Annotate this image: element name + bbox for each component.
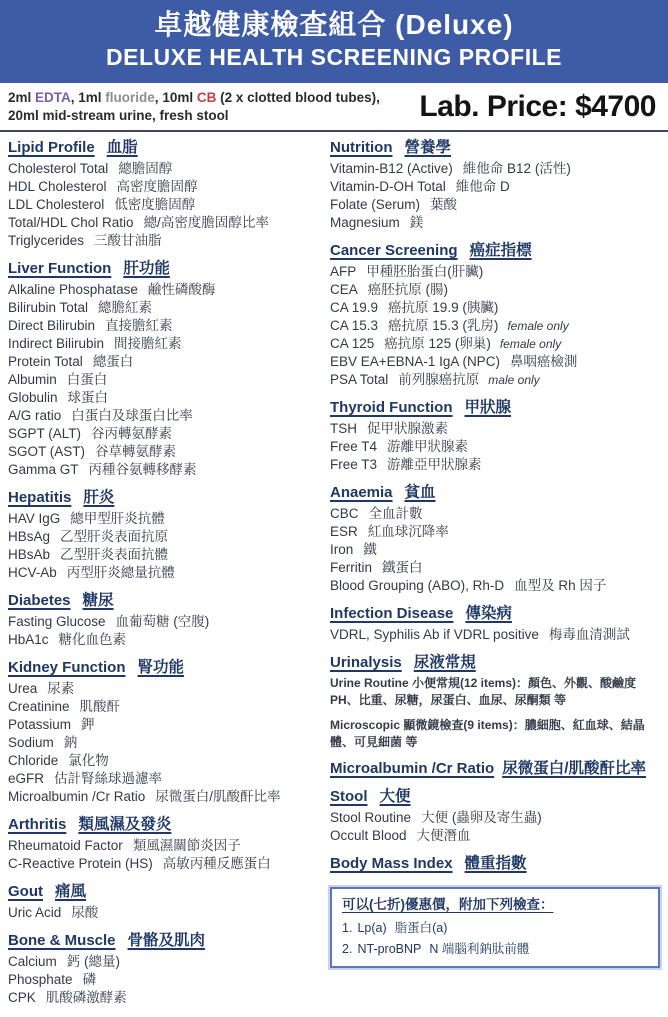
test-item-en: Free T3 — [330, 457, 377, 472]
test-item-en: CA 125 — [330, 336, 374, 351]
test-item: Free T3游離亞甲狀腺素 — [330, 456, 662, 474]
test-item-en: SGOT (AST) — [8, 444, 85, 459]
section-header-text: Diabetes糖尿 — [8, 592, 114, 609]
section-title-zh: 癌症指標 — [470, 242, 532, 259]
test-item: AFP甲種胚胎蛋白(肝臟) — [330, 263, 662, 281]
test-item-zh: 氯化物 — [68, 753, 109, 768]
test-item-en: Protein Total — [8, 354, 83, 369]
test-item-zh: 肌酸磷激酵素 — [46, 990, 127, 1005]
test-item-zh: 大便 (蟲卵及寄生蟲) — [421, 810, 542, 825]
section-title-zh: 體重指數 — [465, 855, 527, 872]
test-item-en: HBsAb — [8, 547, 50, 562]
test-item-en: Total/HDL Chol Ratio — [8, 215, 134, 230]
test-item-zh: 鈣 (總量) — [67, 954, 120, 969]
test-item-en: Gamma GT — [8, 462, 79, 477]
test-item-en: Direct Bilirubin — [8, 318, 95, 333]
lab-price: Lab. Price: $4700 — [419, 90, 658, 124]
detail-item: Urine Routine 小便常規(12 items)：顏色、外觀、酸鹼度 P… — [330, 675, 662, 708]
test-item-zh: 肌酸酐 — [80, 699, 121, 714]
promo-item-zh: 脂蛋白(a) — [395, 921, 448, 935]
section-microalbumin-cr-ratio: Microalbumin /Cr Ratio尿微蛋白/肌酸酐比率 — [330, 760, 662, 778]
test-item-en: Rheumatoid Factor — [8, 838, 123, 853]
section-title-zh: 腎功能 — [138, 659, 185, 676]
section-title-en: Gout — [8, 883, 43, 900]
section-title-en: Diabetes — [8, 592, 71, 609]
promo-title: 可以(七折)優惠價，附加下列檢查： — [342, 896, 648, 914]
promo-item: 1.Lp(a)脂蛋白(a) — [342, 920, 648, 936]
test-item-zh: 總/高密度膽固醇比率 — [144, 215, 269, 230]
test-item-en: Free T4 — [330, 439, 377, 454]
test-item-zh: 維他命 D — [456, 179, 510, 194]
section-header: Body Mass Index體重指數 — [330, 855, 662, 873]
section-title-en: Infection Disease — [330, 605, 453, 622]
section-title-en: Microalbumin /Cr Ratio — [330, 760, 494, 777]
test-item: SGOT (AST)谷草轉氨酵素 — [8, 443, 318, 461]
test-item-zh: 甲種胚胎蛋白(肝臟) — [366, 264, 483, 279]
test-item-en: EBV EA+EBNA-1 IgA (NPC) — [330, 354, 500, 369]
test-item-en: Stool Routine — [330, 810, 411, 825]
test-item-en: A/G ratio — [8, 408, 61, 423]
test-item: Urea尿素 — [8, 680, 318, 698]
test-item-zh: 鐵 — [363, 542, 377, 557]
test-item-en: Microalbumin /Cr Ratio — [8, 789, 145, 804]
test-item: Globulin球蛋白 — [8, 389, 318, 407]
section-header-text: Arthritis類風濕及發炎 — [8, 816, 171, 833]
test-item-zh: 類風濕關節炎因子 — [133, 838, 241, 853]
section-header-text: Body Mass Index體重指數 — [330, 855, 527, 872]
test-item-zh: 糖化血色素 — [59, 632, 127, 647]
section-header-text: Gout痛風 — [8, 883, 86, 900]
section-title-en: Stool — [330, 788, 368, 805]
test-item-zh: 鎂 — [410, 215, 424, 230]
test-item: Blood Grouping (ABO), Rh-D血型及 Rh 因子 — [330, 577, 662, 595]
section-header: Liver Function肝功能 — [8, 260, 318, 278]
specimen-requirements: 2ml EDTA, 1ml fluoride, 10ml CB (2 x clo… — [8, 89, 380, 125]
test-item-en: CBC — [330, 506, 359, 521]
test-item-en: PSA Total — [330, 372, 388, 387]
section-header-text: Bone & Muscle骨骼及肌肉 — [8, 932, 205, 949]
test-item: Occult Blood大便潛血 — [330, 827, 662, 845]
test-item-en: Magnesium — [330, 215, 400, 230]
section-title-zh: 貧血 — [405, 484, 436, 501]
section-header: Kidney Function腎功能 — [8, 659, 318, 677]
test-item-zh: 乙型肝炎表面抗原 — [60, 529, 168, 544]
section-body-mass-index: Body Mass Index體重指數 — [330, 855, 662, 873]
section-header-text: Cancer Screening癌症指標 — [330, 242, 532, 259]
test-item-en: Creatinine — [8, 699, 70, 714]
specimen-segment: 1ml — [78, 90, 105, 105]
test-item: PSA Total前列腺癌抗原male only — [330, 371, 662, 389]
test-item: Cholesterol Total總膽固醇 — [8, 160, 318, 178]
test-item-en: TSH — [330, 421, 357, 436]
test-item-en: CA 15.3 — [330, 318, 378, 333]
test-item-zh: 谷丙轉氨酵素 — [91, 426, 172, 441]
section-header-text: Lipid Profile血脂 — [8, 139, 138, 156]
section-header: Cancer Screening癌症指標 — [330, 242, 662, 260]
test-item-en: ESR — [330, 524, 358, 539]
test-item-en: Albumin — [8, 372, 57, 387]
test-item: Vitamin-B12 (Active)維他命 B12 (活性) — [330, 160, 662, 178]
section-stool: Stool大便Stool Routine大便 (蟲卵及寄生蟲)Occult Bl… — [330, 788, 662, 845]
test-item-zh: 鐵蛋白 — [382, 560, 423, 575]
test-item-zh: 估計腎絲球過濾率 — [54, 771, 162, 786]
test-item: TSH促甲狀腺激素 — [330, 420, 662, 438]
specimen-line-1: 2ml EDTA, 1ml fluoride, 10ml CB (2 x clo… — [8, 89, 380, 107]
test-item-zh: 維他命 B12 (活性) — [463, 161, 571, 176]
test-item-en: Triglycerides — [8, 233, 84, 248]
test-item: EBV EA+EBNA-1 IgA (NPC)鼻咽癌檢測 — [330, 353, 662, 371]
section-header: Arthritis類風濕及發炎 — [8, 816, 318, 834]
test-item-en: Bilirubin Total — [8, 300, 88, 315]
test-item-zh: 谷草轉氨酵素 — [95, 444, 176, 459]
specimen-price-row: 2ml EDTA, 1ml fluoride, 10ml CB (2 x clo… — [0, 83, 668, 132]
section-title-en: Liver Function — [8, 260, 111, 277]
test-item-zh: 尿酸 — [71, 905, 98, 920]
section-title-en: Bone & Muscle — [8, 932, 116, 949]
section-title-en: Urinalysis — [330, 654, 402, 671]
test-item: VDRL, Syphilis Ab if VDRL positive梅毒血清測試 — [330, 626, 662, 644]
promo-item-number: 1. — [342, 921, 352, 935]
column-left: Lipid Profile血脂Cholesterol Total總膽固醇HDL … — [8, 137, 318, 1007]
test-item-zh: 高敏丙種反應蛋白 — [163, 856, 271, 871]
test-item: Total/HDL Chol Ratio總/高密度膽固醇比率 — [8, 214, 318, 232]
section-title-zh: 尿微蛋白/肌酸酐比率 — [502, 760, 646, 777]
test-item: Microalbumin /Cr Ratio尿微蛋白/肌酸酐比率 — [8, 788, 318, 806]
test-item: HAV IgG總甲型肝炎抗體 — [8, 510, 318, 528]
section-header: Nutrition營養學 — [330, 139, 662, 157]
test-item-zh: 紅血球沉降率 — [368, 524, 449, 539]
section-header-text: Infection Disease傳染病 — [330, 605, 512, 622]
section-title-en: Cancer Screening — [330, 242, 458, 259]
section-header: Hepatitis肝炎 — [8, 489, 318, 507]
test-item-zh: 高密度膽固醇 — [117, 179, 198, 194]
specimen-segment: fluoride — [105, 90, 155, 105]
test-item: LDL Cholesterol低密度膽固醇 — [8, 196, 318, 214]
section-gout: Gout痛風Uric Acid尿酸 — [8, 883, 318, 922]
specimen-line-2: 20ml mid-stream urine, fresh stool — [8, 107, 380, 125]
test-item-en: Occult Blood — [330, 828, 407, 843]
detail-item: Microscopic 顯微鏡檢查(9 items)：膿細胞、紅血球、結晶體、可… — [330, 717, 662, 750]
section-header: Infection Disease傳染病 — [330, 605, 662, 623]
test-item: A/G ratio白蛋白及球蛋白比率 — [8, 407, 318, 425]
test-item: Direct Bilirubin直接膽紅素 — [8, 317, 318, 335]
section-title-zh: 類風濕及發炎 — [78, 816, 171, 833]
specimen-segment: 10ml — [162, 90, 197, 105]
section-header: Lipid Profile血脂 — [8, 139, 318, 157]
test-item: Folate (Serum)葉酸 — [330, 196, 662, 214]
test-item-en: SGPT (ALT) — [8, 426, 81, 441]
test-item-en: Potassium — [8, 717, 71, 732]
specimen-segment: (2 x clotted blood tubes), — [216, 90, 380, 105]
test-item: HbA1c糖化血色素 — [8, 631, 318, 649]
test-item-zh: 癌抗原 15.3 (乳房) — [388, 318, 498, 333]
test-item-zh: 癌抗原 125 (卵巢) — [384, 336, 491, 351]
specimen-segment: CB — [197, 90, 217, 105]
test-item: HBsAb乙型肝炎表面抗體 — [8, 546, 318, 564]
section-header-text: Hepatitis肝炎 — [8, 489, 114, 506]
promo-item-en: Lp(a) — [357, 921, 386, 935]
test-item: Albumin白蛋白 — [8, 371, 318, 389]
gender-note: male only — [488, 373, 539, 387]
test-item-zh: 低密度膽固醇 — [114, 197, 195, 212]
section-anaemia: Anaemia貧血CBC全血計數ESR紅血球沉降率Iron鐵Ferritin鐵蛋… — [330, 484, 662, 595]
test-item-zh: 游離亞甲狀腺素 — [387, 457, 482, 472]
section-thyroid-function: Thyroid Function甲狀腺TSH促甲狀腺激素Free T4游離甲狀腺… — [330, 399, 662, 474]
test-item-zh: 總膽紅素 — [98, 300, 152, 315]
section-header: Thyroid Function甲狀腺 — [330, 399, 662, 417]
section-header: Bone & Muscle骨骼及肌肉 — [8, 932, 318, 950]
test-item-zh: 三酸甘油脂 — [94, 233, 162, 248]
test-item-zh: 尿微蛋白/肌酸酐比率 — [155, 789, 280, 804]
test-item: Fasting Glucose血葡萄糖 (空腹) — [8, 613, 318, 631]
test-item: Phosphate磷 — [8, 971, 318, 989]
test-item-en: Ferritin — [330, 560, 372, 575]
test-item-en: Uric Acid — [8, 905, 61, 920]
section-nutrition: Nutrition營養學Vitamin-B12 (Active)維他命 B12 … — [330, 139, 662, 232]
section-header-text: Microalbumin /Cr Ratio尿微蛋白/肌酸酐比率 — [330, 760, 646, 777]
specimen-segment: EDTA — [35, 90, 71, 105]
test-item-zh: 球蛋白 — [68, 390, 109, 405]
section-title-zh: 肝功能 — [123, 260, 170, 277]
section-header-text: Urinalysis尿液常規 — [330, 654, 476, 671]
test-item: HCV-Ab丙型肝炎總量抗體 — [8, 564, 318, 582]
section-title-en: Arthritis — [8, 816, 66, 833]
section-title-zh: 肝炎 — [83, 489, 114, 506]
section-title-en: Thyroid Function — [330, 399, 452, 416]
test-item-en: C-Reactive Protein (HS) — [8, 856, 153, 871]
test-item-zh: 癌胚抗原 (腸) — [368, 282, 448, 297]
test-item-en: Indirect Bilirubin — [8, 336, 104, 351]
test-item-zh: 全血計數 — [369, 506, 423, 521]
test-item: CA 15.3癌抗原 15.3 (乳房)female only — [330, 317, 662, 335]
test-item: Creatinine肌酸酐 — [8, 698, 318, 716]
section-diabetes: Diabetes糖尿Fasting Glucose血葡萄糖 (空腹)HbA1c糖… — [8, 592, 318, 649]
test-item: CBC全血計數 — [330, 505, 662, 523]
test-item-zh: 促甲狀腺激素 — [367, 421, 448, 436]
test-item-zh: 鉀 — [81, 717, 95, 732]
test-item-zh: 磷 — [83, 972, 97, 987]
section-title-en: Anaemia — [330, 484, 393, 501]
test-item: Protein Total總蛋白 — [8, 353, 318, 371]
section-header: Urinalysis尿液常規 — [330, 654, 662, 672]
section-lipid-profile: Lipid Profile血脂Cholesterol Total總膽固醇HDL … — [8, 139, 318, 250]
section-header-text: Anaemia貧血 — [330, 484, 436, 501]
test-item-zh: 白蛋白及球蛋白比率 — [71, 408, 193, 423]
test-item-en: Calcium — [8, 954, 57, 969]
section-cancer-screening: Cancer Screening癌症指標AFP甲種胚胎蛋白(肝臟)CEA癌胚抗原… — [330, 242, 662, 389]
test-item: CA 19.9癌抗原 19.9 (胰臟) — [330, 299, 662, 317]
test-item-zh: 間接膽紅素 — [114, 336, 182, 351]
section-header-text: Nutrition營養學 — [330, 139, 451, 156]
test-item: Alkaline Phosphatase鹼性磷酸酶 — [8, 281, 318, 299]
test-item-zh: 鹼性磷酸酶 — [148, 282, 216, 297]
gender-note: female only — [500, 337, 561, 351]
section-urinalysis: Urinalysis尿液常規Urine Routine 小便常規(12 item… — [330, 654, 662, 750]
section-header: Microalbumin /Cr Ratio尿微蛋白/肌酸酐比率 — [330, 760, 662, 778]
section-header-text: Kidney Function腎功能 — [8, 659, 184, 676]
section-title-zh: 糖尿 — [83, 592, 114, 609]
test-item-zh: 白蛋白 — [67, 372, 108, 387]
page: { "header": { "title_zh": "卓越健康檢查組合 (Del… — [0, 0, 668, 1017]
test-item-zh: 鈉 — [64, 735, 78, 750]
test-item: Gamma GT丙種谷氨轉移酵素 — [8, 461, 318, 479]
test-item: Ferritin鐵蛋白 — [330, 559, 662, 577]
test-item-zh: 丙型肝炎總量抗體 — [67, 565, 175, 580]
test-item-en: Blood Grouping (ABO), Rh-D — [330, 578, 504, 593]
promo-box: 可以(七折)優惠價，附加下列檢查：1.Lp(a)脂蛋白(a)2.NT-proBN… — [330, 887, 660, 968]
test-item: CEA癌胚抗原 (腸) — [330, 281, 662, 299]
test-item-zh: 游離甲狀腺素 — [387, 439, 468, 454]
section-title-zh: 大便 — [380, 788, 411, 805]
test-item-en: Folate (Serum) — [330, 197, 420, 212]
section-title-en: Nutrition — [330, 139, 392, 156]
test-item-en: Vitamin-B12 (Active) — [330, 161, 453, 176]
test-item: Sodium鈉 — [8, 734, 318, 752]
section-title-zh: 傳染病 — [465, 605, 512, 622]
test-item-zh: 總蛋白 — [93, 354, 134, 369]
test-item-en: HAV IgG — [8, 511, 60, 526]
test-item-en: eGFR — [8, 771, 44, 786]
test-item-zh: 血型及 Rh 因子 — [514, 578, 606, 593]
section-arthritis: Arthritis類風濕及發炎Rheumatoid Factor類風濕關節炎因子… — [8, 816, 318, 873]
test-item-zh: 鼻咽癌檢測 — [510, 354, 578, 369]
section-title-zh: 血脂 — [107, 139, 138, 156]
section-bone-muscle: Bone & Muscle骨骼及肌肉Calcium鈣 (總量)Phosphate… — [8, 932, 318, 1007]
test-item-en: HDL Cholesterol — [8, 179, 107, 194]
title-english: DELUXE HEALTH SCREENING PROFILE — [0, 44, 668, 71]
test-item-zh: 乙型肝炎表面抗體 — [60, 547, 168, 562]
test-item-en: Globulin — [8, 390, 58, 405]
test-item-en: HCV-Ab — [8, 565, 57, 580]
test-item-en: Fasting Glucose — [8, 614, 106, 629]
header-band: 卓越健康檢查組合 (Deluxe) DELUXE HEALTH SCREENIN… — [0, 0, 668, 83]
section-title-en: Lipid Profile — [8, 139, 95, 156]
test-item-zh: 尿素 — [47, 681, 74, 696]
test-item: HBsAg乙型肝炎表面抗原 — [8, 528, 318, 546]
test-item: Bilirubin Total總膽紅素 — [8, 299, 318, 317]
section-infection-disease: Infection Disease傳染病VDRL, Syphilis Ab if… — [330, 605, 662, 644]
test-item: Free T4游離甲狀腺素 — [330, 438, 662, 456]
test-item-en: Iron — [330, 542, 353, 557]
test-columns: Lipid Profile血脂Cholesterol Total總膽固醇HDL … — [0, 132, 668, 1007]
specimen-segment: 2ml — [8, 90, 35, 105]
test-item-en: CPK — [8, 990, 36, 1005]
section-title-en: Hepatitis — [8, 489, 71, 506]
test-item-zh: 大便潛血 — [417, 828, 471, 843]
test-item: SGPT (ALT)谷丙轉氨酵素 — [8, 425, 318, 443]
section-header: Gout痛風 — [8, 883, 318, 901]
test-item-zh: 總甲型肝炎抗體 — [70, 511, 165, 526]
test-item: ESR紅血球沉降率 — [330, 523, 662, 541]
promo-item: 2.NT-proBNPN 端腦利鈉肽前體 — [342, 941, 648, 957]
gender-note: female only — [507, 319, 568, 333]
section-header-text: Liver Function肝功能 — [8, 260, 170, 277]
promo-item-number: 2. — [342, 942, 352, 956]
test-item: Iron鐵 — [330, 541, 662, 559]
test-item-en: HbA1c — [8, 632, 49, 647]
column-right: Nutrition營養學Vitamin-B12 (Active)維他命 B12 … — [330, 137, 662, 1007]
test-item: Uric Acid尿酸 — [8, 904, 318, 922]
test-item-zh: 梅毒血清測試 — [549, 627, 630, 642]
test-item-en: Phosphate — [8, 972, 73, 987]
test-item: Potassium鉀 — [8, 716, 318, 734]
test-item: CA 125癌抗原 125 (卵巢)female only — [330, 335, 662, 353]
test-item-en: VDRL, Syphilis Ab if VDRL positive — [330, 627, 539, 642]
test-item-zh: 癌抗原 19.9 (胰臟) — [388, 300, 498, 315]
test-item: Chloride氯化物 — [8, 752, 318, 770]
section-title-zh: 骨骼及肌肉 — [128, 932, 206, 949]
test-item-en: Vitamin-D-OH Total — [330, 179, 446, 194]
section-title-zh: 痛風 — [55, 883, 86, 900]
section-header: Anaemia貧血 — [330, 484, 662, 502]
test-item-zh: 總膽固醇 — [118, 161, 172, 176]
section-title-zh: 甲狀腺 — [464, 399, 511, 416]
test-item-en: Sodium — [8, 735, 54, 750]
section-kidney-function: Kidney Function腎功能Urea尿素Creatinine肌酸酐Pot… — [8, 659, 318, 806]
test-item-en: Cholesterol Total — [8, 161, 108, 176]
test-item: HDL Cholesterol高密度膽固醇 — [8, 178, 318, 196]
section-title-en: Kidney Function — [8, 659, 126, 676]
section-header: Stool大便 — [330, 788, 662, 806]
section-liver-function: Liver Function肝功能Alkaline Phosphatase鹼性磷… — [8, 260, 318, 479]
test-item: eGFR估計腎絲球過濾率 — [8, 770, 318, 788]
test-item-en: Alkaline Phosphatase — [8, 282, 138, 297]
test-item-en: CA 19.9 — [330, 300, 378, 315]
section-header-text: Thyroid Function甲狀腺 — [330, 399, 511, 416]
section-title-zh: 尿液常規 — [414, 654, 476, 671]
section-hepatitis: Hepatitis肝炎HAV IgG總甲型肝炎抗體HBsAg乙型肝炎表面抗原HB… — [8, 489, 318, 582]
section-header-text: Stool大便 — [330, 788, 411, 805]
test-item: Magnesium鎂 — [330, 214, 662, 232]
test-item: CPK肌酸磷激酵素 — [8, 989, 318, 1007]
test-item: Rheumatoid Factor類風濕關節炎因子 — [8, 837, 318, 855]
test-item: Triglycerides三酸甘油脂 — [8, 232, 318, 250]
test-item-en: LDL Cholesterol — [8, 197, 104, 212]
section-title-en: Body Mass Index — [330, 855, 453, 872]
promo-item-en: NT-proBNP — [357, 942, 421, 956]
test-item-zh: 直接膽紅素 — [105, 318, 173, 333]
test-item-en: Urea — [8, 681, 37, 696]
test-item: Vitamin-D-OH Total維他命 D — [330, 178, 662, 196]
test-item: C-Reactive Protein (HS)高敏丙種反應蛋白 — [8, 855, 318, 873]
test-item-zh: 前列腺癌抗原 — [398, 372, 479, 387]
test-item: Calcium鈣 (總量) — [8, 953, 318, 971]
test-item-en: HBsAg — [8, 529, 50, 544]
test-item-en: CEA — [330, 282, 358, 297]
test-item: Indirect Bilirubin間接膽紅素 — [8, 335, 318, 353]
test-item-zh: 血葡萄糖 (空腹) — [116, 614, 210, 629]
section-header: Diabetes糖尿 — [8, 592, 318, 610]
title-chinese: 卓越健康檢查組合 (Deluxe) — [0, 9, 668, 41]
test-item-zh: 丙種谷氨轉移酵素 — [89, 462, 197, 477]
test-item: Stool Routine大便 (蟲卵及寄生蟲) — [330, 809, 662, 827]
test-item-en: Chloride — [8, 753, 58, 768]
test-item-en: AFP — [330, 264, 356, 279]
promo-item-zh: N 端腦利鈉肽前體 — [429, 942, 529, 956]
test-item-zh: 葉酸 — [430, 197, 457, 212]
section-title-zh: 營養學 — [404, 139, 451, 156]
